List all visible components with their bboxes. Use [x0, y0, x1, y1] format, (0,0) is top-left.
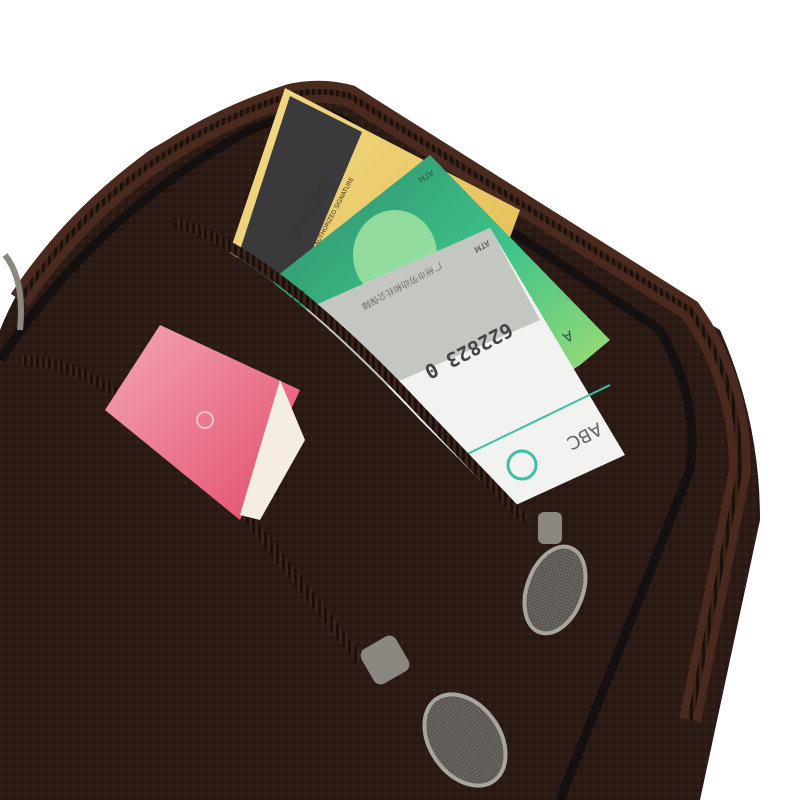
product-photo: 持卡人签名 AUTHORIZED SIGNATURE ATM A 30 ATM …: [0, 0, 800, 800]
